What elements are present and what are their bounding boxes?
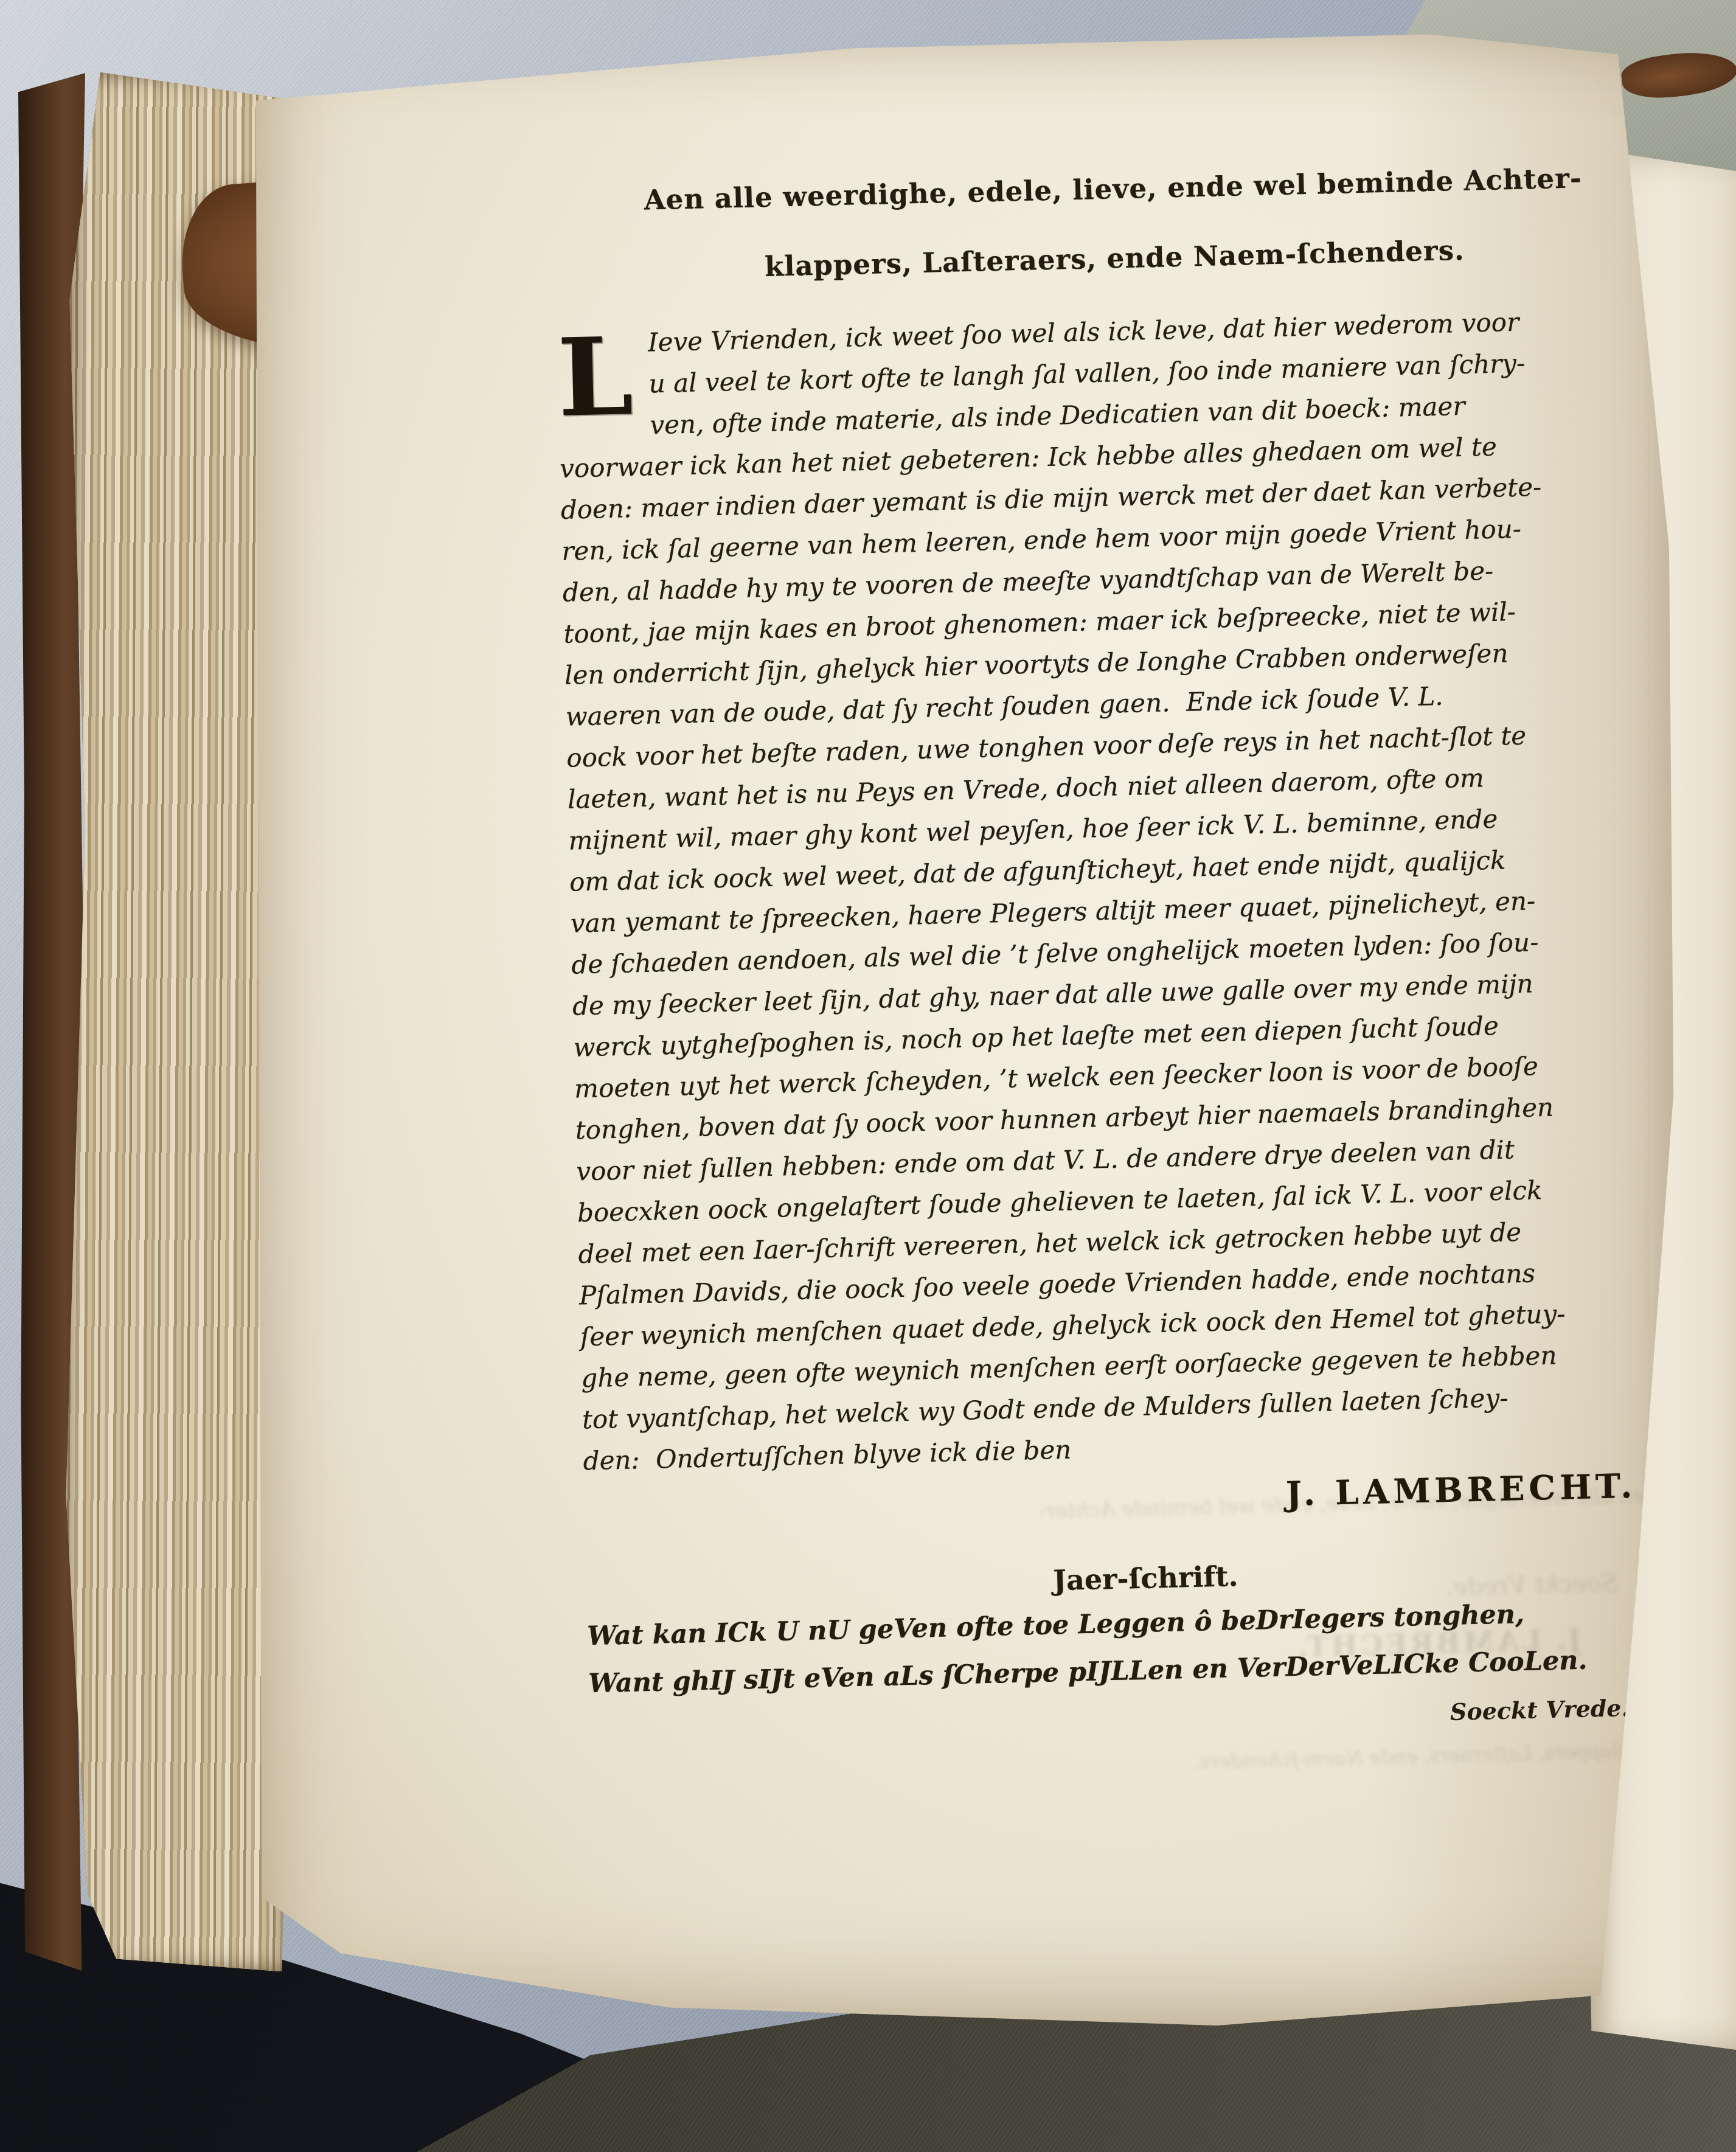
paragraph-lines: Ieve Vrienden, ick weet ſoo wel als ick … [557,298,1703,1482]
dedication-heading-line2: klappers, Laſteraers, ende Naem-ſchender… [764,234,1465,283]
printed-text-block: Aen alle weerdighe, edele, lieve, ende w… [552,124,1710,1822]
dedication-heading: Aen alle weerdighe, edele, lieve, ende w… [552,124,1675,289]
dedication-paragraph: LIeve Vrienden, ick weet ſoo wel als ick… [557,298,1703,1482]
catchword: Aen [591,1771,1710,1821]
drop-cap-initial: L [557,322,650,423]
motto-soeckt-vrede: Soeckt Vrede. [589,1692,1709,1746]
book-page: Aen alle weerdighe, edele, lieve, ende w… [231,24,1691,2032]
dedication-heading-line1: Aen alle weerdighe, edele, lieve, ende w… [644,162,1582,216]
